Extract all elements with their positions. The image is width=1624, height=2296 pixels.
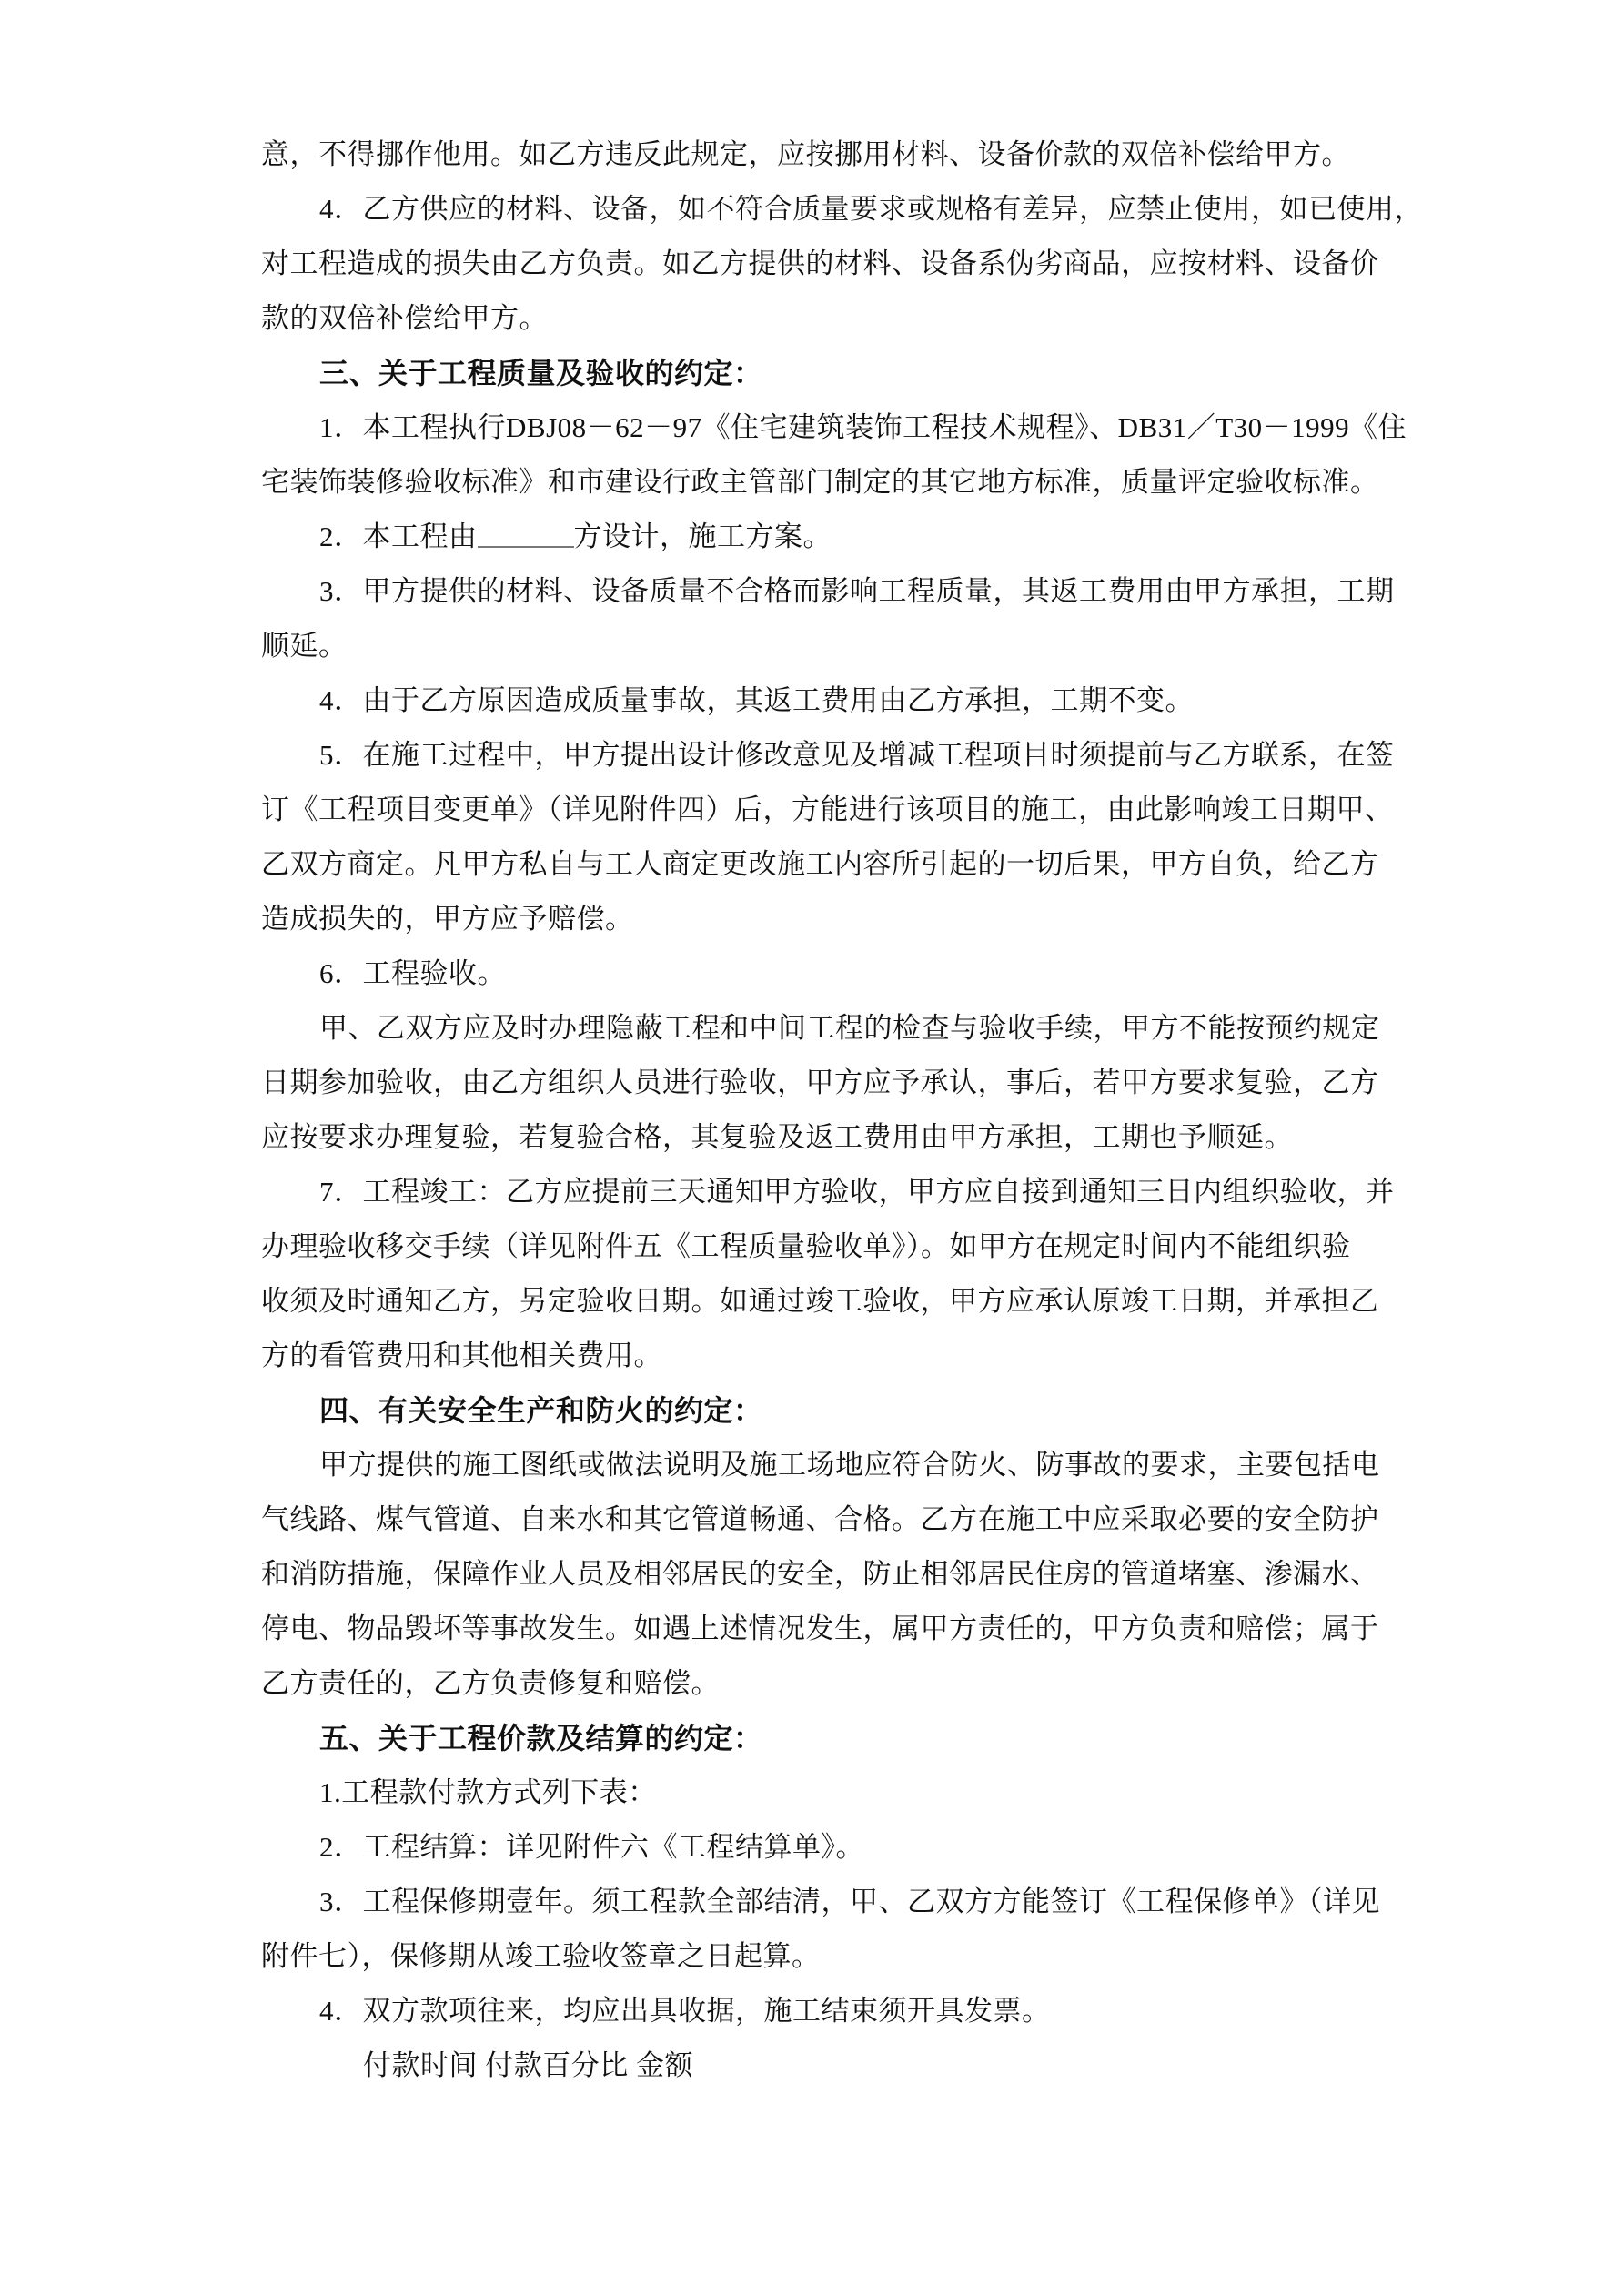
section-heading-safety-fire: 四、有关安全生产和防火的约定： <box>261 1383 1389 1438</box>
blank-line-prefix: 2．本工程由 <box>319 521 478 552</box>
text-line: 方的看管费用和其他相关费用。 <box>261 1329 1389 1383</box>
text-line: 附件七），保修期从竣工验收签章之日起算。 <box>261 1929 1389 1984</box>
text-line: 4．乙方供应的材料、设备，如不符合质量要求或规格有差异，应禁止使用，如已使用， <box>261 182 1389 237</box>
section-heading-price-settlement: 五、关于工程价款及结算的约定： <box>261 1711 1389 1765</box>
text-line: 3．甲方提供的材料、设备质量不合格而影响工程质量，其返工费用由甲方承担，工期 <box>261 564 1389 619</box>
text-line: 4．双方款项往来，均应出具收据，施工结束须开具发票。 <box>261 1984 1389 2038</box>
text-line: 气线路、煤气管道、自来水和其它管道畅通、合格。乙方在施工中应采取必要的安全防护 <box>261 1492 1389 1547</box>
text-line: 甲方提供的施工图纸或做法说明及施工场地应符合防火、防事故的要求，主要包括电 <box>261 1438 1389 1492</box>
text-line: 顺延。 <box>261 619 1389 673</box>
text-line: 2．工程结算：详见附件六《工程结算单》。 <box>261 1820 1389 1875</box>
text-line: 收须及时通知乙方，另定验收日期。如通过竣工验收，甲方应承认原竣工日期，并承担乙 <box>261 1274 1389 1329</box>
text-line: 款的双倍补偿给甲方。 <box>261 291 1389 346</box>
text-line: 日期参加验收，由乙方组织人员进行验收，甲方应予承认，事后，若甲方要求复验，乙方 <box>261 1056 1389 1110</box>
text-line: 应按要求办理复验，若复验合格，其复验及返工费用由甲方承担，工期也予顺延。 <box>261 1110 1389 1165</box>
text-line: 1．本工程执行DBJ08－62－97《住宅建筑装饰工程技术规程》、DB31／T3… <box>261 400 1389 455</box>
blank-line-suffix: 方设计，施工方案。 <box>574 521 832 552</box>
text-line: 7．工程竣工：乙方应提前三天通知甲方验收，甲方应自接到通知三日内组织验收，并 <box>261 1165 1389 1219</box>
text-line: 和消防措施，保障作业人员及相邻居民的安全，防止相邻居民住房的管道堵塞、渗漏水、 <box>261 1547 1389 1602</box>
text-line: 宅装饰装修验收标准》和市建设行政主管部门制定的其它地方标准，质量评定验收标准。 <box>261 455 1389 510</box>
text-line: 5．在施工过程中，甲方提出设计修改意见及增减工程项目时须提前与乙方联系，在签 <box>261 728 1389 783</box>
text-line: 3．工程保修期壹年。须工程款全部结清，甲、乙双方方能签订《工程保修单》（详见 <box>261 1875 1389 1929</box>
text-line-with-blank: 2．本工程由方设计，施工方案。 <box>261 510 1389 564</box>
text-line: 意，不得挪作他用。如乙方违反此规定，应按挪用材料、设备价款的双倍补偿给甲方。 <box>261 127 1389 182</box>
text-line: 乙方责任的，乙方负责修复和赔偿。 <box>261 1656 1389 1711</box>
text-line: 造成损失的，甲方应予赔偿。 <box>261 892 1389 946</box>
document-page: 意，不得挪作他用。如乙方违反此规定，应按挪用材料、设备价款的双倍补偿给甲方。 4… <box>0 0 1624 2296</box>
text-line: 6．工程验收。 <box>261 946 1389 1001</box>
text-line: 乙双方商定。凡甲方私自与工人商定更改施工内容所引起的一切后果，甲方自负，给乙方 <box>261 837 1389 892</box>
text-line: 办理验收移交手续（详见附件五《工程质量验收单》）。如甲方在规定时间内不能组织验 <box>261 1219 1389 1274</box>
contract-text-body: 意，不得挪作他用。如乙方违反此规定，应按挪用材料、设备价款的双倍补偿给甲方。 4… <box>261 127 1389 2093</box>
text-line: 停电、物品毁坏等事故发生。如遇上述情况发生，属甲方责任的，甲方负责和赔偿；属于 <box>261 1602 1389 1656</box>
text-line: 对工程造成的损失由乙方负责。如乙方提供的材料、设备系伪劣商品，应按材料、设备价 <box>261 237 1389 291</box>
text-line: 4．由于乙方原因造成质量事故，其返工费用由乙方承担，工期不变。 <box>261 673 1389 728</box>
text-line: 订《工程项目变更单》（详见附件四）后，方能进行该项目的施工，由此影响竣工日期甲、 <box>261 783 1389 837</box>
text-line: 1.工程款付款方式列下表： <box>261 1765 1389 1820</box>
fill-in-blank-underline <box>478 515 574 548</box>
section-heading-quality-acceptance: 三、关于工程质量及验收的约定： <box>261 346 1389 400</box>
text-line: 甲、乙双方应及时办理隐蔽工程和中间工程的检查与验收手续，甲方不能按预约规定 <box>261 1001 1389 1056</box>
payment-table-header-line: 付款时间 付款百分比 金额 <box>261 2038 1389 2093</box>
